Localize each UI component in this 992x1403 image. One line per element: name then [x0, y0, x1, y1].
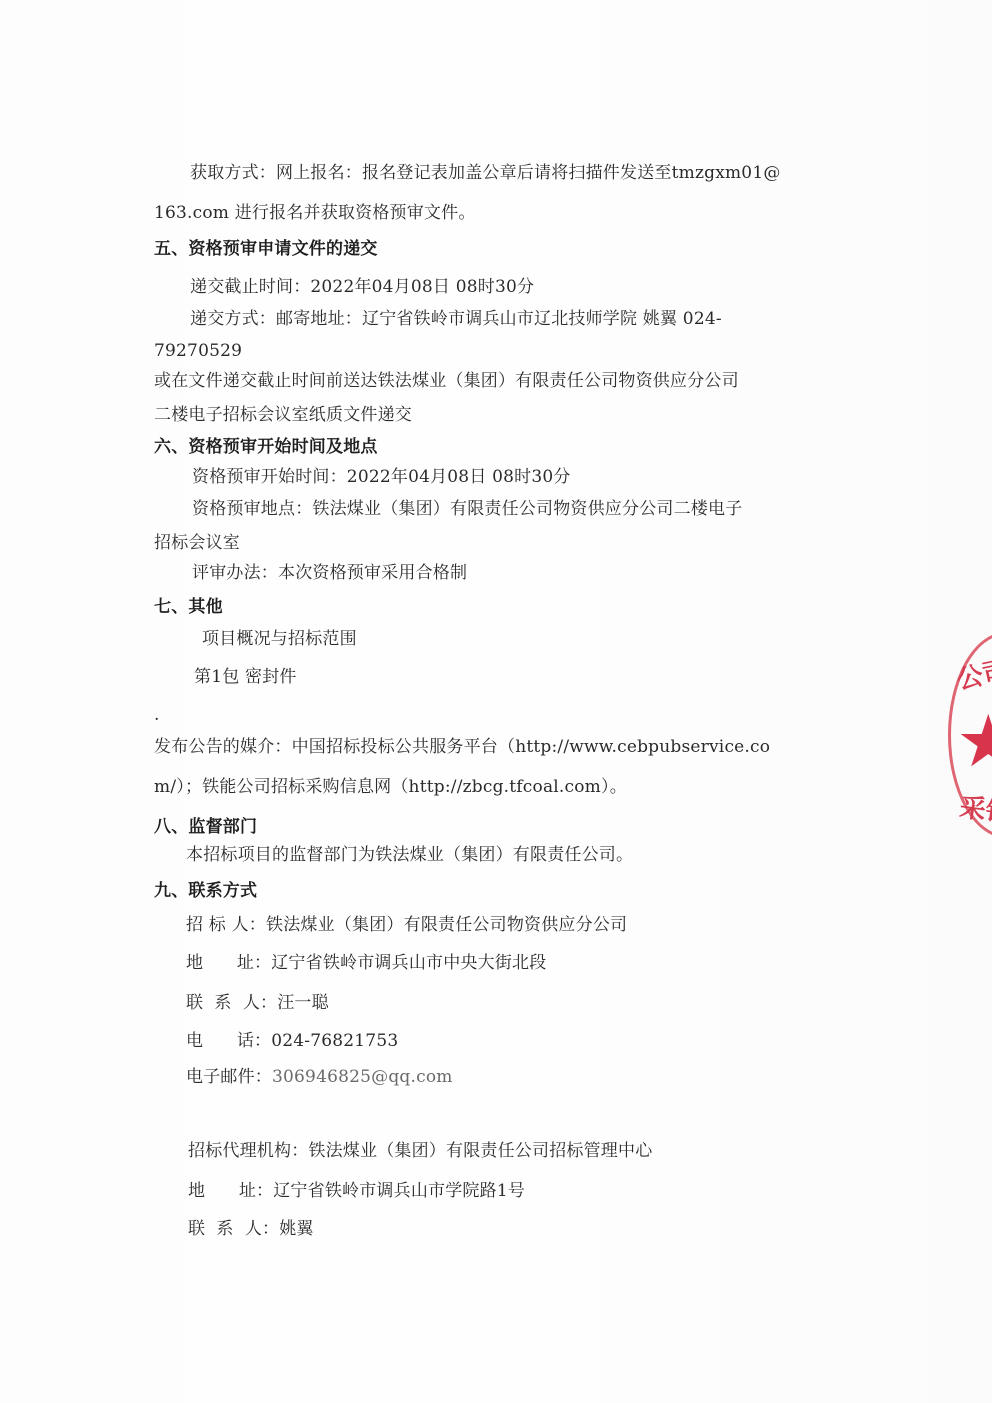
tenderer-name-value: 铁法煤业（集团）有限责任公司物资供应分公司: [266, 915, 627, 935]
agency-contact-value: 姚翼: [279, 1219, 313, 1239]
tenderer-phone-label: 电 话：: [186, 1031, 271, 1051]
stray-dot: .: [154, 704, 160, 726]
section-9-heading: 九、联系方式: [154, 880, 257, 902]
package-info: 第1包 密封件: [194, 666, 297, 688]
section-8-heading: 八、监督部门: [154, 816, 257, 838]
tenderer-name-label: 招 标 人：: [186, 915, 266, 935]
tenderer-address-row: 地 址：辽宁省铁岭市调兵山市中央大街北段: [186, 952, 546, 974]
tenderer-phone-row: 电 话：024-76821753: [186, 1030, 398, 1052]
tenderer-email-value: 306946825@qq.com: [272, 1067, 453, 1087]
agency-name-row: 招标代理机构：铁法煤业（集团）有限责任公司招标管理中心: [188, 1140, 652, 1162]
tenderer-name-row: 招 标 人：铁法煤业（集团）有限责任公司物资供应分公司: [186, 914, 627, 936]
section-7-heading: 七、其他: [154, 596, 223, 618]
section-6-heading: 六、资格预审开始时间及地点: [154, 436, 378, 458]
submission-deadline: 递交截止时间：2022年04月08日 08时30分: [190, 276, 534, 298]
agency-contact-row: 联 系 人：姚翼: [188, 1218, 314, 1240]
prequal-location-line-1: 资格预审地点：铁法煤业（集团）有限责任公司物资供应分公司二楼电子: [192, 498, 742, 520]
evaluation-method: 评审办法：本次资格预审采用合格制: [192, 562, 467, 584]
document-page: 获取方式：网上报名：报名登记表加盖公章后请将扫描件发送至tmzgxm01@ 16…: [0, 0, 992, 1403]
section-5-heading: 五、资格预审申请文件的递交: [154, 238, 378, 260]
acquisition-line-1: 获取方式：网上报名：报名登记表加盖公章后请将扫描件发送至tmzgxm01@: [190, 162, 781, 184]
agency-address-label: 地 址：: [188, 1181, 273, 1201]
submission-alt-line-2: 二楼电子招标会议室纸质文件递交: [154, 404, 412, 426]
agency-name-value: 铁法煤业（集团）有限责任公司招标管理中心: [308, 1141, 652, 1161]
tenderer-contact-value: 汪一聪: [277, 993, 329, 1013]
submission-method-line-2: 79270529: [154, 340, 242, 362]
agency-address-value: 辽宁省铁岭市调兵山市学院路1号: [273, 1181, 525, 1201]
seal-star-icon: ★: [956, 705, 992, 777]
tenderer-address-value: 辽宁省铁岭市调兵山市中央大街北段: [271, 953, 546, 973]
tenderer-contact-row: 联 系 人：汪一聪: [186, 992, 329, 1014]
agency-address-row: 地 址：辽宁省铁岭市调兵山市学院路1号: [188, 1180, 525, 1202]
prequal-start-time: 资格预审开始时间：2022年04月08日 08时30分: [192, 466, 571, 488]
tenderer-contact-label: 联 系 人：: [186, 993, 277, 1013]
agency-contact-label: 联 系 人：: [188, 1219, 279, 1239]
submission-method-line-1: 递交方式：邮寄地址：辽宁省铁岭市调兵山市辽北技师学院 姚翼 024-: [190, 308, 722, 330]
seal-bottom-text: 采铁: [958, 787, 992, 831]
prequal-location-line-2: 招标会议室: [154, 532, 240, 554]
agency-name-label: 招标代理机构：: [188, 1141, 308, 1161]
media-line-2: m/）；铁能公司招标采购信息网（http://zbcg.tfcoal.com）。: [154, 776, 627, 798]
acquisition-line-2: 163.com 进行报名并获取资格预审文件。: [154, 202, 476, 224]
tenderer-email-label: 电子邮件：: [186, 1067, 272, 1087]
tenderer-address-label: 地 址：: [186, 953, 271, 973]
tenderer-email-row: 电子邮件：306946825@qq.com: [186, 1066, 453, 1088]
project-overview: 项目概况与招标范围: [202, 628, 357, 650]
submission-alt-line-1: 或在文件递交截止时间前送达铁法煤业（集团）有限责任公司物资供应分公司: [154, 370, 739, 392]
media-line-1: 发布公告的媒介：中国招标投标公共服务平台（http://www.cebpubse…: [154, 736, 770, 758]
supervision-text: 本招标项目的监督部门为铁法煤业（集团）有限责任公司。: [186, 844, 633, 866]
tenderer-phone-value: 024-76821753: [271, 1031, 398, 1051]
